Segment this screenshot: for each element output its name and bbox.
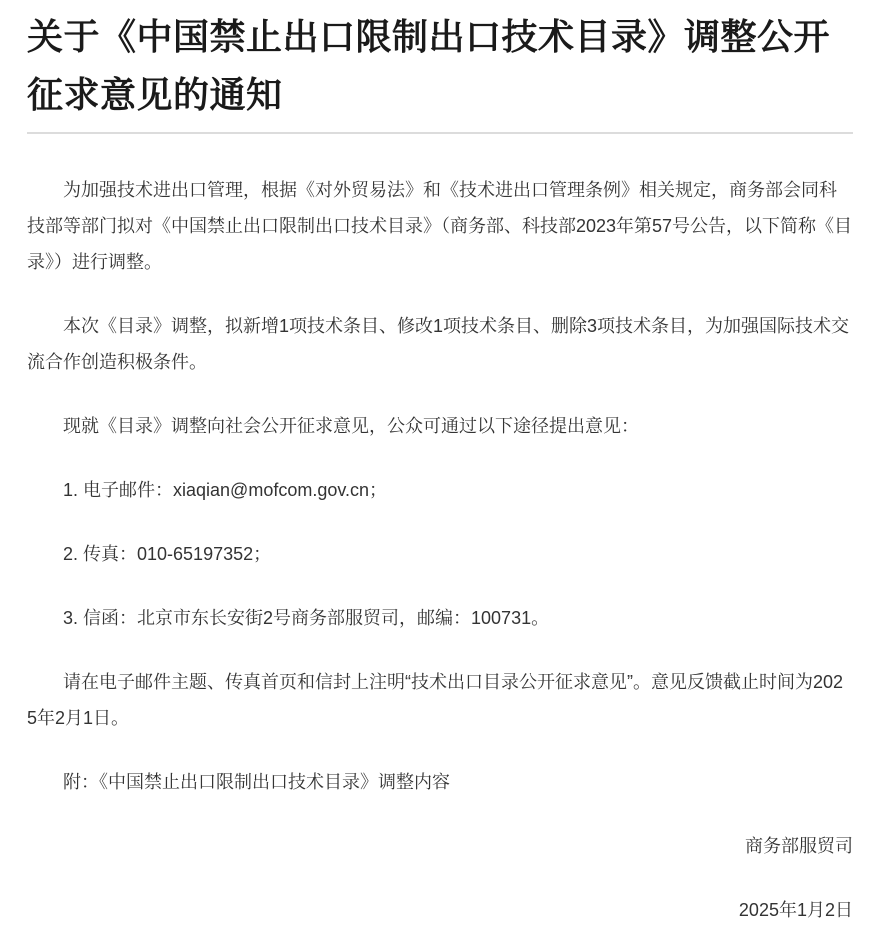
- contact-fax-line: 2. 传真：010-65197352；: [27, 536, 853, 572]
- page-title: 关于《中国禁止出口限制出口技术目录》调整公开征求意见的通知: [27, 8, 853, 124]
- paragraph-adjustment-summary: 本次《目录》调整，拟新增1项技术条目、修改1项技术条目、删除3项技术条目，为加强…: [27, 308, 853, 380]
- article-body: 为加强技术进出口管理，根据《对外贸易法》和《技术进出口管理条例》相关规定，商务部…: [27, 172, 853, 928]
- contact-email-line: 1. 电子邮件：xiaqian@mofcom.gov.cn；: [27, 472, 853, 508]
- notice-page: 关于《中国禁止出口限制出口技术目录》调整公开征求意见的通知 为加强技术进出口管理…: [0, 0, 879, 934]
- contact-mail-line: 3. 信函：北京市东长安街2号商务部服贸司，邮编：100731。: [27, 600, 853, 636]
- paragraph-deadline: 请在电子邮件主题、传真首页和信封上注明“技术出口目录公开征求意见”。意见反馈截止…: [27, 664, 853, 736]
- paragraph-solicitation: 现就《目录》调整向社会公开征求意见，公众可通过以下途径提出意见：: [27, 408, 853, 444]
- publish-date: 2025年1月2日: [27, 892, 853, 928]
- signature: 商务部服贸司: [27, 828, 853, 864]
- attachment-line: 附：《中国禁止出口限制出口技术目录》调整内容: [27, 764, 853, 800]
- paragraph-intro: 为加强技术进出口管理，根据《对外贸易法》和《技术进出口管理条例》相关规定，商务部…: [27, 172, 853, 280]
- title-divider: [27, 132, 853, 134]
